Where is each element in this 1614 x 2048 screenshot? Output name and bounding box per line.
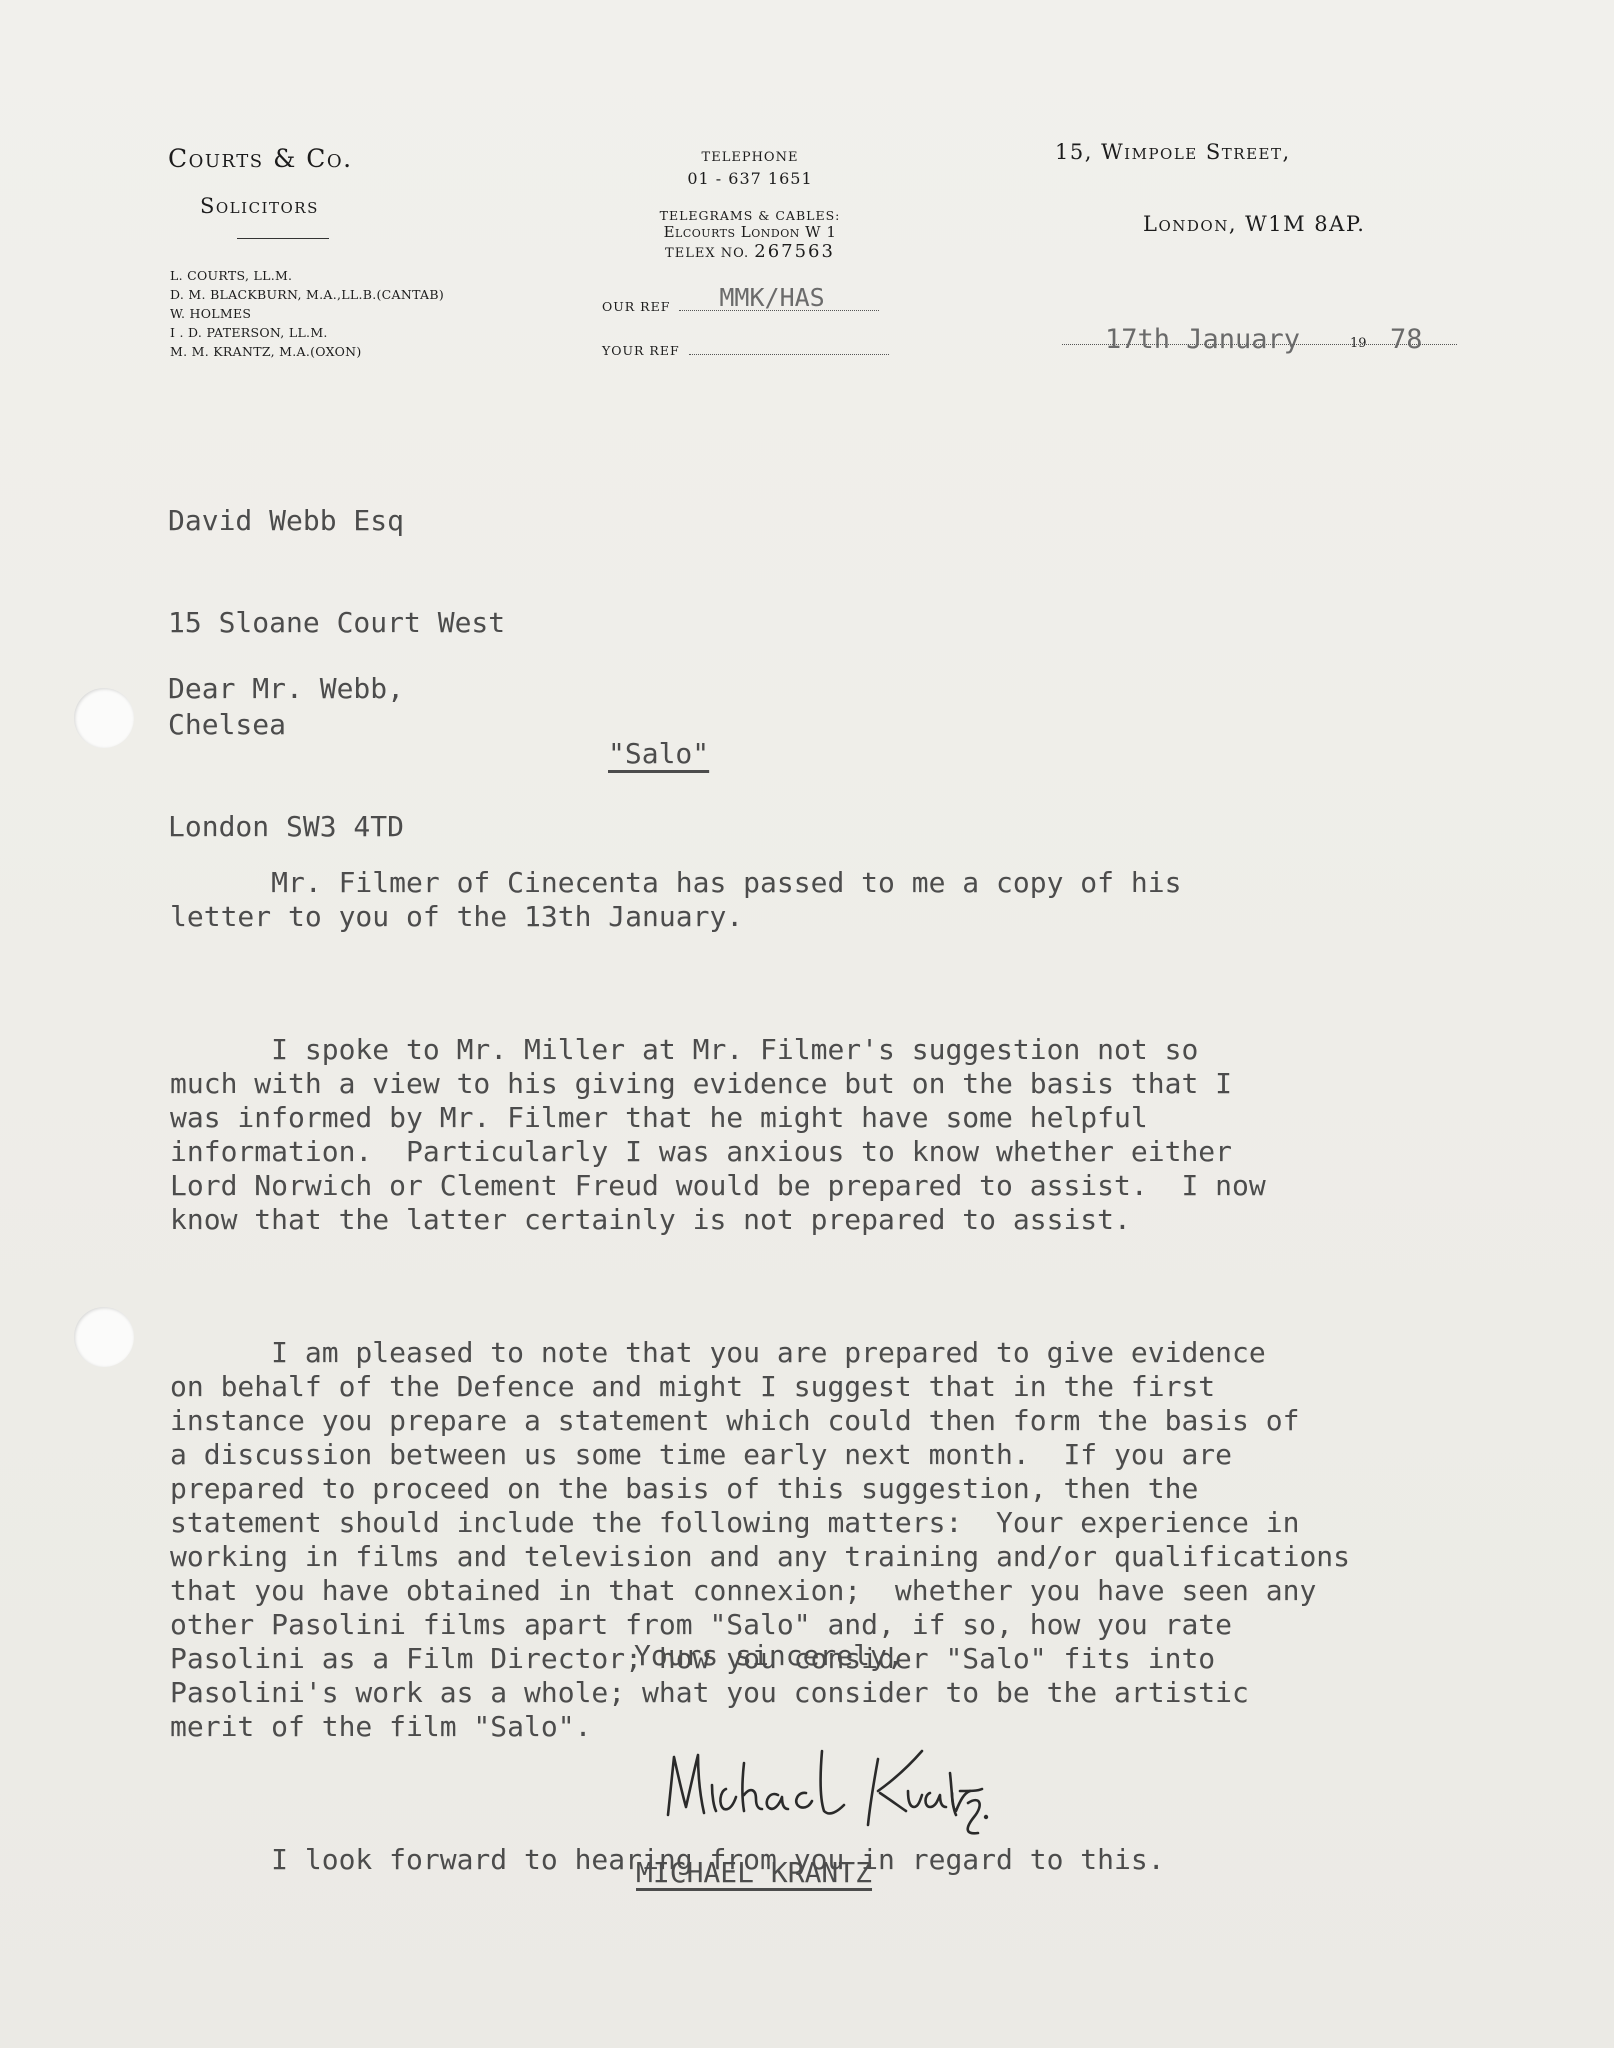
subject-heading: "Salo" [608,737,709,771]
telegrams-address: Elcourts London W 1 [590,223,910,241]
signatory-name: MICHAEL KRANTZ [636,1856,872,1890]
telephone-number: 01 - 637 1651 [590,169,910,188]
firm-name: Courts & Co. [168,144,353,173]
recipient-line: 15 Sloane Court West [168,606,505,640]
our-ref-field: MMK/HAS [679,296,879,311]
punch-hole-bottom [74,1307,134,1367]
address-line-2: London, W1M 8AP. [1143,212,1365,236]
punch-hole-top [74,688,134,748]
your-ref-label: YOUR REF [602,343,680,358]
firm-type: Solicitors [200,194,319,218]
telegrams-label: TELEGRAMS & CABLES: [590,208,910,223]
recipient-line: Chelsea [168,708,505,742]
partner-name: W. HOLMES [170,304,444,323]
contact-block: TELEPHONE 01 - 637 1651 TELEGRAMS & CABL… [590,150,910,262]
partners-list: L. COURTS, LL.M. D. M. BLACKBURN, M.A.,L… [170,266,444,361]
closing: Yours sincerely, [634,1639,904,1673]
telex-label: TELEX NO. [665,246,749,261]
date-day-month: 17th January [1105,324,1300,355]
date-century: 19 [1350,336,1367,351]
body-paragraph: I am pleased to note that you are prepar… [170,1336,1350,1744]
partner-name: I . D. PATERSON, LL.M. [170,323,444,342]
partner-name: L. COURTS, LL.M. [170,266,444,285]
telex-line: TELEX NO. 267563 [590,241,910,262]
your-ref-row: YOUR REF [602,340,889,358]
partner-name: D. M. BLACKBURN, M.A.,LL.B.(CANTAB) [170,285,444,304]
recipient-line: David Webb Esq [168,504,505,538]
body-paragraph: I spoke to Mr. Miller at Mr. Filmer's su… [170,1033,1350,1237]
letterhead-divider [237,238,329,239]
letter-page: Courts & Co. Solicitors L. COURTS, LL.M.… [0,0,1614,2048]
our-ref-label: OUR REF [602,299,670,314]
salutation: Dear Mr. Webb, [168,672,404,706]
date-year: 78 [1390,324,1423,355]
body-paragraph: Mr. Filmer of Cinecenta has passed to me… [170,866,1350,934]
handwritten-signature-icon [660,1745,990,1845]
our-ref-value: MMK/HAS [719,283,824,312]
your-ref-field [689,340,889,355]
our-ref-row: OUR REF MMK/HAS [602,296,879,314]
partner-name: M. M. KRANTZ, M.A.(OXON) [170,342,444,361]
address-line-1: 15, Wimpole Street, [1055,140,1291,164]
telephone-label: TELEPHONE [590,150,910,165]
telex-number: 267563 [754,241,835,262]
